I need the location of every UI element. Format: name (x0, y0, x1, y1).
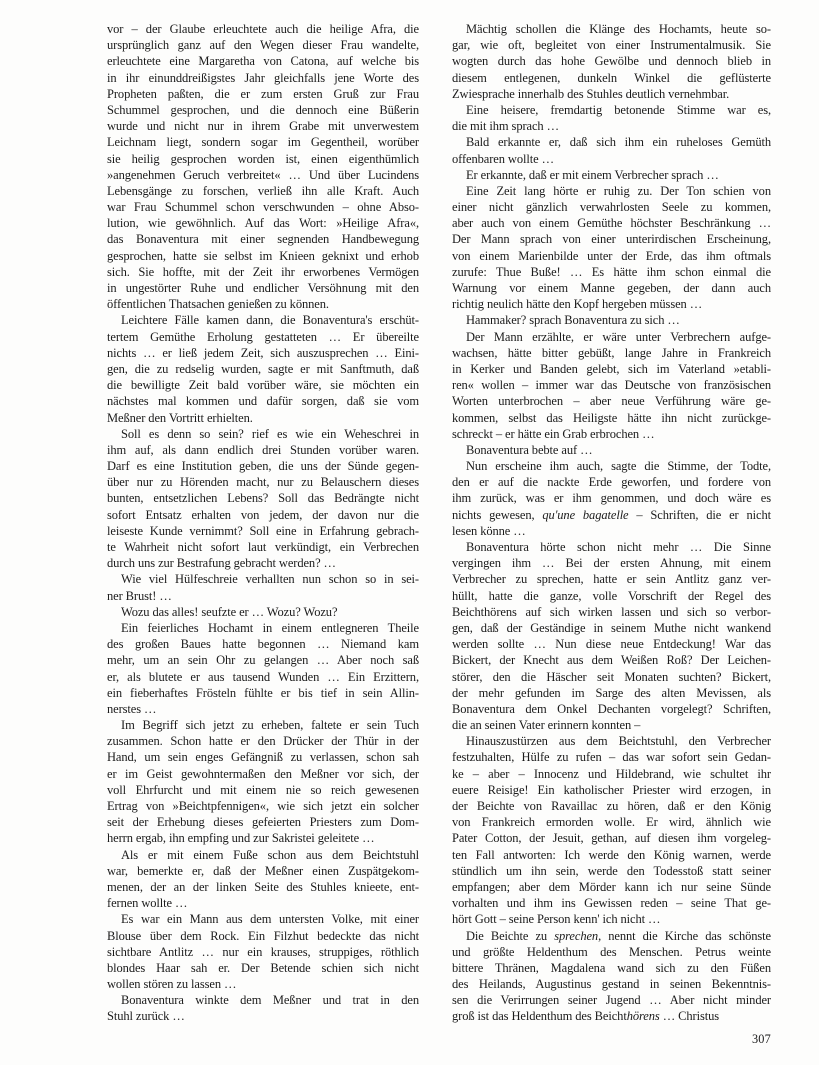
text-line: menen, der an der linken Seite des Stuhl… (107, 879, 419, 895)
text-line: nächstes mal kommen und dafür sorgen, da… (107, 393, 419, 409)
text-line: störer, den die Häscher seit Monaten suc… (452, 669, 771, 685)
text-line: Leichnam liegt, sondern sogar im Gegenth… (107, 134, 419, 150)
text-line: Ein feierliches Hochamt in einem entlegn… (107, 620, 419, 636)
text-line: war Frau Schummel schon verschwunden – o… (107, 199, 419, 215)
text-line: gesprochen, hatte sie selbst im Knieen g… (107, 248, 419, 264)
text-line: Bickert, der Knecht aus dem Weißen Roß? … (452, 652, 771, 668)
text-line: offenbaren wollte … (452, 151, 771, 167)
text-line: das Bonaventura mit einer segnenden Hand… (107, 231, 419, 247)
text-line: Meßner den Vortritt erhielten. (107, 410, 419, 426)
text-line: die mit ihm sprach … (452, 118, 771, 134)
text-line: zusammen. Schon hatte er den Drücker der… (107, 733, 419, 749)
text-column-right: Mächtig schollen die Klänge des Hochamts… (452, 21, 771, 1025)
text-line: sofort Entsatz erhalten von jedem, der d… (107, 507, 419, 523)
text-line: sichtbare Antlitz … nur ein krauses, str… (107, 944, 419, 960)
text-line: richtig neulich hätte den Kopf hergeben … (452, 296, 771, 312)
text-line: ke – aber – Innocenz und Hildebrand, wie… (452, 766, 771, 782)
text-line: werden sollte … Nun diese neue Entdeckun… (452, 636, 771, 652)
text-line: in Kerker und Banden gelebt, sich im Vat… (452, 361, 771, 377)
text-line: Bonaventura bebte auf … (452, 442, 771, 458)
text-line: nichts gewesen, qu'une bagatelle – Schri… (452, 507, 771, 523)
text-line: Warnung vor einem Manne gegeben, der dan… (452, 280, 771, 296)
text-line: sen die Verirrungen seiner Jugend … Aber… (452, 992, 771, 1008)
text-line: ihm zurück, was er ihm genommen, und doc… (452, 490, 771, 506)
text-line: Schummel gesprochen, und die dennoch ein… (107, 102, 419, 118)
text-line: und größte Heldenthum des Menschen. Petr… (452, 944, 771, 960)
text-line: die an seinen Vater erinnern konnten – (452, 717, 771, 733)
text-line: ner Brust! … (107, 588, 419, 604)
text-line: diesem entlegenen, dunkeln Winkel die ge… (452, 70, 771, 86)
text-line: in ihr einunddreißigstes Jahr gleichfall… (107, 70, 419, 86)
text-line: Verbrecher zu sprechen, hatte er sein An… (452, 571, 771, 587)
text-line: hört Gott – seine Person kenn' ich nicht… (452, 911, 771, 927)
text-line: des Heilands, Augustinus gestand in sein… (452, 976, 771, 992)
text-line: zurufe: Thue Buße! … Es hätte ihm schon … (452, 264, 771, 280)
text-line: vergingen ihm … Bei der ersten Ahnung, m… (452, 555, 771, 571)
text-line: Bonaventura winkte dem Meßner und trat i… (107, 992, 419, 1008)
text-line: der Beichte von Ravaillac zu hören, daß … (452, 798, 771, 814)
text-line: bittere Thränen, Magdalena wand sich zu … (452, 960, 771, 976)
text-line: nerstes … (107, 701, 419, 717)
text-line: leiseste Kunde vernimmt? Soll eine in Er… (107, 523, 419, 539)
text-line: mehr, um an sein Ohr zu gelangen … Aber … (107, 652, 419, 668)
text-line: durch uns zur Bestrafung gebracht werden… (107, 555, 419, 571)
text-line: empfangen; aber dem Mörder kann ich nur … (452, 879, 771, 895)
text-line: Lebensgänge zu forschen, verließ ihn all… (107, 183, 419, 199)
text-line: Als er mit einem Fuße schon aus dem Beic… (107, 847, 419, 863)
text-line: ein fieberhaftes Frösteln fühlte er bis … (107, 685, 419, 701)
text-line: Der Mann sprach von einer unterirdischen… (452, 231, 771, 247)
text-line: wogten durch das hohe Gewölbe und dennoc… (452, 53, 771, 69)
text-line: er im Geist gewohntermaßen den Meßner vo… (107, 766, 419, 782)
text-line: Darf es eine Institution geben, die uns … (107, 458, 419, 474)
text-line: den er auf die nackte Erde geworfen, und… (452, 474, 771, 490)
text-line: die bewilligte Zeit bald vorüber wäre, s… (107, 377, 419, 393)
text-line: Pater Cotton, der Jesuit, gethan, auf di… (452, 830, 771, 846)
text-line: gen, daß der Geständige in seinem Muthe … (452, 620, 771, 636)
text-line: ihm auf, als dann endlich drei Stunden v… (107, 442, 419, 458)
text-line: ten Fall antworten: Ich werde den König … (452, 847, 771, 863)
text-line: wurde und nicht nur in ihrem Grabe mit u… (107, 118, 419, 134)
text-line: stündlich um ihn sein, werde den Todesst… (452, 863, 771, 879)
text-line: ursprünglich ganz auf den Wegen dieser F… (107, 37, 419, 53)
text-line: lesen könne … (452, 523, 771, 539)
text-line: groß ist das Heldenthum des Beichthörens… (452, 1008, 771, 1024)
text-line: hüllt, hatte die ganze, volle Vorschrift… (452, 588, 771, 604)
text-line: voll Ehrfurcht und mit einem nie so reic… (107, 782, 419, 798)
text-line: Der Mann erzählte, er wäre unter Verbrec… (452, 329, 771, 345)
text-line: bunten, entsetzlichen Lebens? Soll das B… (107, 490, 419, 506)
text-line: aber auch von einem Gemüthe höchster Bes… (452, 215, 771, 231)
text-line: erleuchtete eine Margaretha von Catona, … (107, 53, 419, 69)
text-line: te Wahrheit nicht sofort laut verkündigt… (107, 539, 419, 555)
text-line: Soll es denn so sein? rief es wie ein We… (107, 426, 419, 442)
text-line: Eine Zeit lang hörte er ruhig zu. Der To… (452, 183, 771, 199)
text-line: Wie viel Hülfeschreie verhallten nun sch… (107, 571, 419, 587)
text-line: Es war ein Mann aus dem untersten Volke,… (107, 911, 419, 927)
text-line: Propheten paßten, die er zum ersten Gruß… (107, 86, 419, 102)
text-line: von einem Marienbilde unter der Erde, da… (452, 248, 771, 264)
text-line: nichts … er ließ jedem Zeit, sich auszus… (107, 345, 419, 361)
text-line: Hinauszustürzen aus dem Beichtstuhl, den… (452, 733, 771, 749)
text-line: »angenehmen Geruch verbreitet« … Und übe… (107, 167, 419, 183)
text-column-left: vor – der Glaube erleuchtete auch die he… (107, 21, 419, 1025)
text-line: fernen wollte … (107, 895, 419, 911)
text-line: wachsen, hätte bitter gebüßt, lange Jahr… (452, 345, 771, 361)
text-line: Leichtere Fälle kamen dann, die Bonavent… (107, 312, 419, 328)
text-line: kommen, selbst das Heiligste hätte ihn n… (452, 410, 771, 426)
text-line: war, bemerkte er, daß der Meßner einen Z… (107, 863, 419, 879)
text-line: über nur zu Hörenden macht, nur zu Belau… (107, 474, 419, 490)
text-line: der mehr gefunden im Sarge des alten Mev… (452, 685, 771, 701)
text-line: gar, wie oft, begleitet von einer Instru… (452, 37, 771, 53)
text-line: Die Beichte zu sprechen, nennt die Kirch… (452, 928, 771, 944)
text-line: Bald erkannte er, daß sich ihm ein ruhel… (452, 134, 771, 150)
text-line: Zwiesprache innerhalb des Stuhles deutli… (452, 86, 771, 102)
text-line: ren« wollen – immer war das Deutsche von… (452, 377, 771, 393)
text-line: Hammaker? sprach Bonaventura zu sich … (452, 312, 771, 328)
text-line: in ungestörter Ruhe und endlicher Versöh… (107, 280, 419, 296)
text-line: Blouse über dem Rock. Ein Filzhut bedeck… (107, 928, 419, 944)
text-line: euere Reisige! Ein katholischer Priester… (452, 782, 771, 798)
text-line: einer nicht gänzlich verwahrlosten Seele… (452, 199, 771, 215)
page-number: 307 (452, 1031, 771, 1047)
text-line: Beichthörens auf sich wirken lassen und … (452, 604, 771, 620)
text-line: lution, wie gewöhnlich. Auf das Wort: »H… (107, 215, 419, 231)
text-line: tertem Gemüthe Erholung gestatteten … Er… (107, 329, 419, 345)
text-line: Bonaventura hörte schon nicht mehr … Die… (452, 539, 771, 555)
text-line: Im Begriff sich jetzt zu erheben, faltet… (107, 717, 419, 733)
text-line: er, als blutete er aus tausend Wunden … … (107, 669, 419, 685)
text-line: Ertrag von »Beichtpfennigen«, wie sich j… (107, 798, 419, 814)
text-line: sich. Sie hoffte, mit der Zeit ihr erwor… (107, 264, 419, 280)
text-line: Hand, um sein enges Gefängniß zu verlass… (107, 749, 419, 765)
text-line: schreckt – er hätte ein Grab erbrochen … (452, 426, 771, 442)
text-line: blondes Haar sah er. Der Betende schien … (107, 960, 419, 976)
text-line: Nun erscheine ihm auch, sagte die Stimme… (452, 458, 771, 474)
text-line: öffentlichen Thatsachen genießen zu könn… (107, 296, 419, 312)
text-line: vor – der Glaube erleuchtete auch die he… (107, 21, 419, 37)
text-line: Stuhl zurück … (107, 1008, 419, 1024)
text-line: Er erkannte, daß er mit einem Verbrecher… (452, 167, 771, 183)
text-line: wollen stören zu lassen … (107, 976, 419, 992)
text-line: sie heilig gesprochen worden ist, einen … (107, 151, 419, 167)
text-line: vorhalten und ihm ins Gewissen reden – s… (452, 895, 771, 911)
text-line: Eine heisere, fremdartig betonende Stimm… (452, 102, 771, 118)
text-line: des großen Baues hatte begonnen … Nieman… (107, 636, 419, 652)
text-line: herrn ergab, ihn empfing und zur Sakrist… (107, 830, 419, 846)
text-line: festzuhalten, Hülfe zu rufen – das war s… (452, 749, 771, 765)
text-line: von Frankreich ermorden wolle. Er wird, … (452, 814, 771, 830)
text-line: Mächtig schollen die Klänge des Hochamts… (452, 21, 771, 37)
text-line: Worten unterbrochen – aber neue Verführu… (452, 393, 771, 409)
text-line: Bonaventura dem Onkel Dechanten vorgeleg… (452, 701, 771, 717)
text-line: Wozu das alles! seufzte er … Wozu? Wozu? (107, 604, 419, 620)
text-line: gen, die zu redselig wurden, sagte er mi… (107, 361, 419, 377)
text-line: seit der Erhebung dieses gefeierten Prie… (107, 814, 419, 830)
book-page: vor – der Glaube erleuchtete auch die he… (0, 0, 819, 1065)
